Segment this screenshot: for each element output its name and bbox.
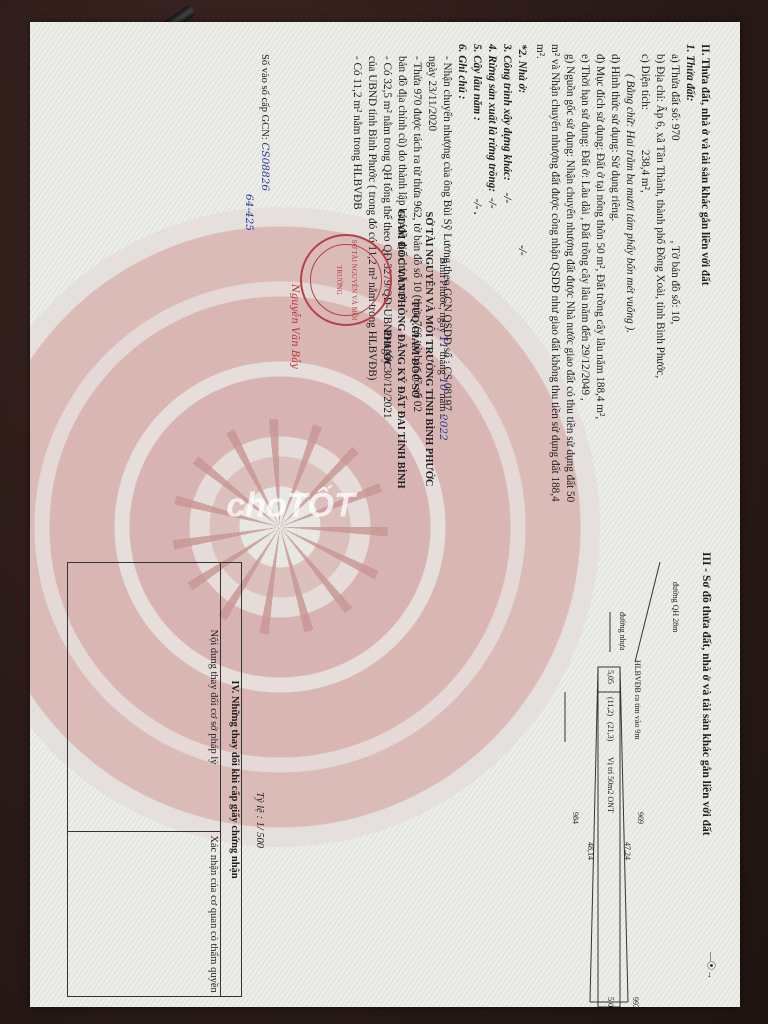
signer-name: Nguyễn Văn Bảy [287,284,302,369]
usage-term: e) Thời hạn sử dụng: Đất ở: Lâu dài , Đấ… [577,44,592,514]
right-half: III - Sơ đồ thửa đất, nhà ở và tài sản k… [30,542,740,1007]
area-label: c) Diện tích: [639,54,651,110]
corridor-label: HLBVĐB ra tim vào 9m [633,660,642,740]
map-sheet: , Tờ bản đồ số: 10, [669,241,681,325]
official-stamp: SỞ TÀI NGUYÊN VÀ MÔI TRƯỜNG [300,234,392,326]
side-left: 48,14 [586,842,595,860]
registry-number: Số vào sổ cấp GCN: CS08826 [257,54,272,191]
column-changes-content: Nội dung thay đổi cơ sở pháp lý [68,563,221,832]
date-day: 11 [437,335,449,348]
neighbor-993: 993 [631,997,640,1007]
house-label: *2. Nhà ở: [516,44,528,93]
chotot-watermark: choTỐT [226,487,354,526]
address: b) Địa chỉ: Ấp 6, xã Tân Thành, thành ph… [652,44,667,514]
area-value: 238,4 m², [639,150,651,193]
signature-block: Bình Phước, ngày 11 tháng 10 năm 2022 SỞ… [379,194,450,504]
neighbor-969: 969 [636,812,645,824]
inner-label: Vị trí 50m2 ONT [606,757,615,813]
section-ii-title: II. Thửa đất, nhà ở và tài sản khác gắn … [697,44,712,514]
road-label: đường QH 28m [671,582,680,632]
side-right: 47,24 [623,842,632,860]
date-prefix: Bình Phước, ngày [437,257,448,333]
usage-form: d) Hình thức sử dụng: Sử dụng riêng. [607,44,622,514]
usage-purpose: đ) Mục đích sử dụng: Đất ở tại nông thôn… [592,44,607,514]
origin-line-1: g) Nguồn gốc sử dụng: Nhận chuyển nhượng… [562,44,577,514]
construction-label: 3. Công trình xây dựng khác: [501,44,513,181]
certificate-page: II. Thửa đất, nhà ở và tài sản khác gắn … [30,22,740,1007]
office-name: GIÁM ĐỐC VĂN PHÒNG ĐĂNG KÝ ĐẤT ĐAI TỈNH … [379,194,407,504]
origin-line-3: m². [532,44,547,514]
year-label: năm [437,393,448,411]
dim-top: 5,05 [606,670,615,684]
perennial-label: 5. Cây lâu năm : [471,44,483,121]
forest-label: 4. Rừng sản xuất là rừng trồng: [486,44,498,192]
column-authority-confirmation: Xác nhận của cơ quan có thẩm quyền [68,832,221,997]
registry-extra: 64-425 [241,194,256,231]
date-month: 10 [437,377,449,390]
date-year: 2022 [437,414,449,441]
notes-heading: 6. Ghi chú : [454,44,469,514]
changes-table: IV. Những thay đổi khi cấp giấy chứng nh… [67,562,242,997]
origin-line-2: m² và Nhận chuyển nhượng đất được công n… [547,44,562,514]
parcel-plan [240,542,740,1007]
authority-line: TUQ.GIÁM ĐỐC SỞ [407,194,421,504]
section-iv-title: IV. Những thay đổi khi cấp giấy chứng nh… [221,563,242,997]
area-b: (21,3) [606,722,615,741]
perennial-value: -/- . [471,199,483,215]
land-heading: 1. Thửa đất: [682,44,697,514]
road-label-2: đường nhựa [618,612,627,650]
neighbor-984: 984 [571,812,580,824]
dim-bottom: 5,00 [606,997,615,1007]
month-label: tháng [437,351,448,374]
section-ii: II. Thửa đất, nhà ở và tài sản khác gắn … [349,44,712,514]
construction-value: -/- [501,193,513,204]
certificate-sheet: II. Thửa đất, nhà ở và tài sản khác gắn … [30,22,740,1007]
house-value: -/- [516,245,528,256]
plan-scale: Tỷ lệ : 1/ 500 [254,792,265,848]
forest-value: -/- [486,198,498,209]
area-in-words: ( Bằng chữ: Hai trăm ba mươi tám phẩy bố… [622,44,637,514]
department-name: SỞ TÀI NGUYÊN VÀ MÔI TRƯỜNG TỈNH BÌNH PH… [421,194,435,504]
area-a: (11,2) [606,697,615,716]
parcel-number: a) Thửa đất số: 970 [669,54,681,141]
